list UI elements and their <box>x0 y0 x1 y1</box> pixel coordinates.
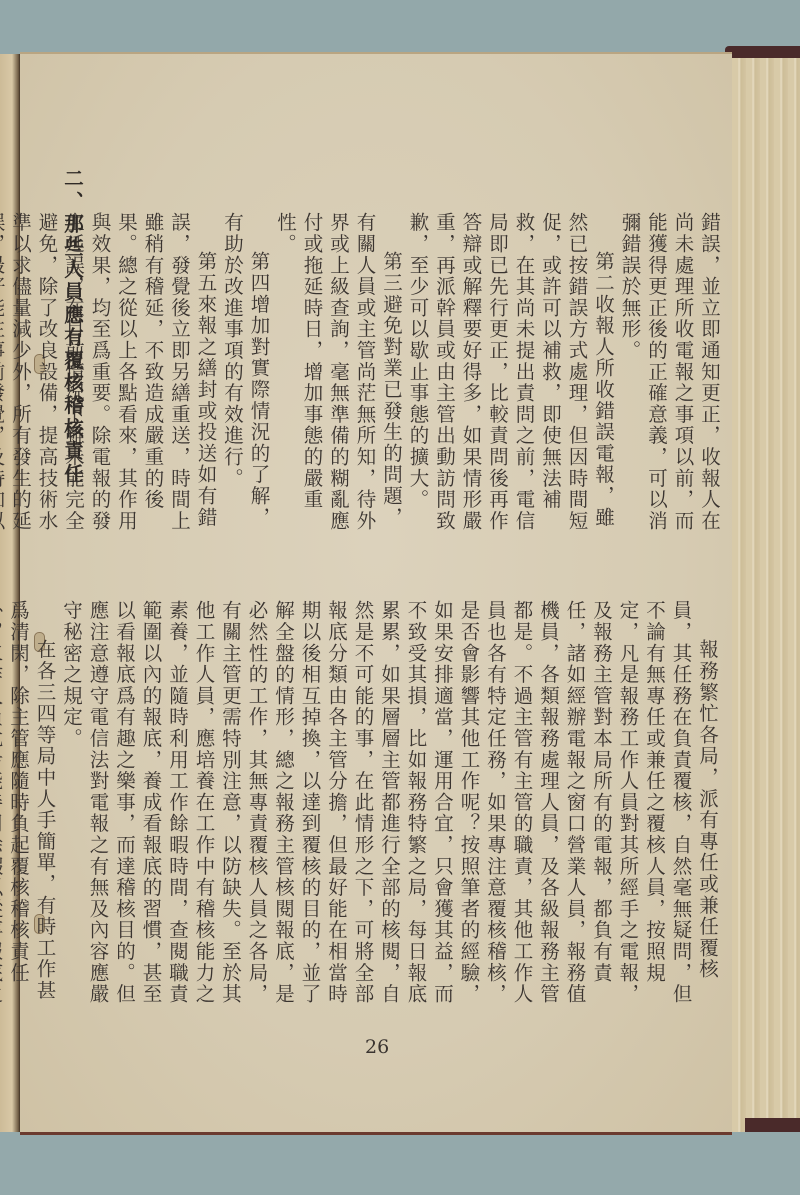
scan-backdrop-bottom <box>0 1128 800 1195</box>
book-cover-bottom-corner <box>745 1118 800 1132</box>
paragraph: 第三避免對業已發生的問題，有關人員或主管尚茫無所知，待外界或上級查詢，毫無準備的… <box>272 212 405 542</box>
paragraph: 第二收報人所收錯誤電報，雖然已按錯誤方式處理，但因時間短促，或許可以補救，即使無… <box>404 212 616 542</box>
page-number: 26 <box>365 1036 389 1058</box>
paragraph: 錯誤，並立即通知更正，收報人在尚未處理所收電報之事項以前，而能獲得更正後的正確意… <box>616 212 722 542</box>
page-edge-stack <box>732 58 800 1132</box>
section-heading: 二、那些人員應有覆核稽核責任 <box>58 168 86 486</box>
paragraph: 在各三四等局中人手簡單，有時工作甚爲清閑，除主管應隨時負起覆核稽核責任外，工作人… <box>0 600 58 1010</box>
top-text-block: 錯誤，並立即通知更正，收報人在尚未處理所收電報之事項以前，而能獲得更正後的正確意… <box>80 212 722 542</box>
scan-backdrop-top <box>0 0 800 55</box>
paragraph: 第五來報之繕封或投送如有錯誤，發覺後立即另繕重送，時間上雖稍有稽延，不致造成嚴重… <box>0 212 219 542</box>
bottom-text-block: 報務繁忙各局，派有專任或兼任覆核員，其任務在負責覆核，自然毫無疑問，但不論有無專… <box>80 600 720 1010</box>
paragraph: 第四增加對實際情況的了解，有助於改進事項的有效進行。 <box>219 212 272 542</box>
paragraph: 報務繁忙各局，派有專任或兼任覆核員，其任務在負責覆核，自然毫無疑問，但不論有無專… <box>58 600 721 1010</box>
